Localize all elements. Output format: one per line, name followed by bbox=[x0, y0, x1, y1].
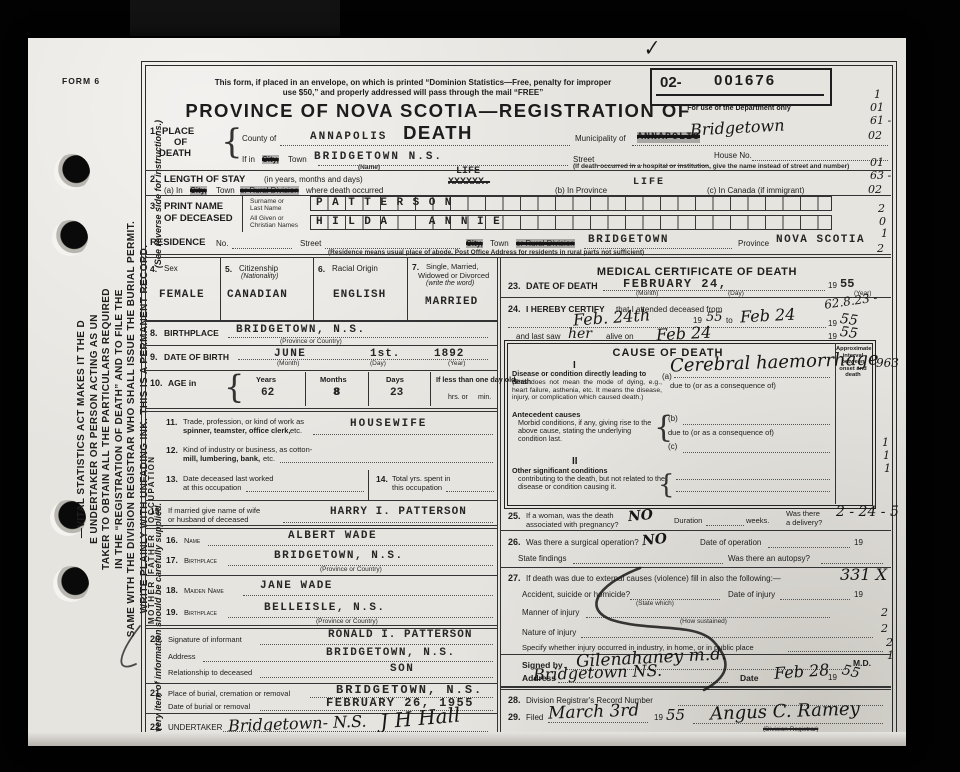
nature-label: Nature of injury bbox=[522, 628, 576, 637]
citizenship-sublabel: (Nationality) bbox=[241, 273, 278, 280]
item1-label-2: OF bbox=[174, 137, 187, 148]
town-prefix: If in bbox=[242, 155, 255, 164]
stay-town-label: Town bbox=[216, 186, 235, 195]
other-brace: { bbox=[658, 470, 675, 500]
occ11-line2: spinner, teamster, office clerk, bbox=[183, 426, 291, 435]
age-months-label: Months bbox=[320, 375, 347, 384]
father-birthplace-value: BRIDGETOWN, N.S. bbox=[274, 550, 404, 562]
cause-due2: due to (or as a consequence of) bbox=[668, 428, 774, 437]
rule bbox=[145, 528, 497, 529]
death-year-value: 55 bbox=[840, 277, 854, 291]
margin-note: 63 - bbox=[870, 169, 891, 182]
rule bbox=[145, 625, 497, 626]
informant-relationship-label: Relationship to deceased bbox=[168, 668, 252, 677]
burial-place-label: Place of burial, cremation or removal bbox=[168, 689, 290, 698]
cause-a-line bbox=[674, 376, 830, 378]
hospital-note: (If death occurred in a hospital or inst… bbox=[573, 163, 903, 170]
margin-note: 2 bbox=[881, 606, 888, 619]
rule bbox=[407, 258, 408, 320]
spouse-line2: or husband of deceased bbox=[168, 515, 248, 524]
residence-town-value: BRIDGETOWN bbox=[588, 234, 669, 246]
item23-number: 23. bbox=[508, 281, 521, 291]
town-value: BRIDGETOWN N.S. bbox=[314, 151, 443, 163]
father-name-line bbox=[208, 544, 493, 546]
birthplace-entry-line bbox=[228, 336, 488, 338]
stay-a-rest: where death occurred bbox=[306, 186, 383, 195]
pregnancy-line1: If a woman, was the death bbox=[526, 511, 614, 520]
operation-19: 19 bbox=[854, 538, 863, 547]
residence-rural-struck: or Rural Division bbox=[516, 239, 575, 248]
item28-number: 28. bbox=[508, 695, 521, 705]
sex-value: FEMALE bbox=[159, 289, 205, 301]
operation-answer-hw: NO bbox=[641, 531, 668, 550]
stay-b-label: (b) In Province bbox=[555, 186, 607, 195]
injury-19: 19 bbox=[854, 590, 863, 599]
item3-number: 3. bbox=[150, 201, 158, 211]
surname-value: PATTERSON bbox=[316, 197, 461, 209]
stay-a-value: LIFE bbox=[456, 166, 480, 177]
operation-label: Was there a surgical operation? bbox=[526, 538, 639, 547]
given-sublabel-2: Christian Names bbox=[250, 222, 298, 229]
county-value: ANNAPOLIS bbox=[310, 131, 387, 143]
morbid-note: Morbid conditions, if any, giving rise t… bbox=[518, 419, 660, 444]
rule bbox=[501, 689, 891, 690]
item9-number: 9. bbox=[150, 352, 158, 362]
delivery-answer-hw: 2 - 24 - 5 bbox=[836, 504, 899, 520]
item24-number: 24. bbox=[508, 304, 521, 314]
father-birthplace-note: (Province or Country) bbox=[320, 566, 382, 573]
margin-note: 2 bbox=[886, 636, 893, 649]
cause-b-label: (b) bbox=[668, 414, 678, 423]
rule bbox=[368, 372, 369, 406]
town-entry-line bbox=[318, 164, 568, 166]
other-line2 bbox=[676, 490, 830, 492]
death-certificate-paper: FORM 6 —VITAL STATISTICS ACT MAKES IT TH… bbox=[28, 38, 906, 746]
informant-address-value: BRIDGETOWN, N.S. bbox=[326, 647, 456, 659]
last-saw-year-hw: 55 bbox=[839, 324, 859, 342]
occ14-entry-line bbox=[446, 490, 494, 492]
mother-name-label: Maiden Name bbox=[184, 586, 224, 595]
item13-number: 13. bbox=[166, 474, 178, 484]
margin-note: 01 bbox=[870, 156, 884, 169]
age-years-value: 62 bbox=[261, 387, 274, 399]
item17-number: 17. bbox=[166, 555, 178, 565]
signed-date-hw: Feb 28 bbox=[773, 660, 830, 683]
operation-date-label: Date of operation bbox=[700, 538, 761, 547]
rule bbox=[430, 372, 431, 406]
surname-letter-grid: PATTERSON bbox=[310, 196, 832, 211]
how-sustained-note: (How sustained) bbox=[680, 618, 727, 625]
stay-c-label: (c) In Canada (if immigrant) bbox=[707, 186, 804, 195]
nature-line bbox=[581, 636, 873, 638]
birth-month-note: (Month) bbox=[277, 360, 299, 367]
occ12-line2: mill, lumbering, bank, bbox=[183, 454, 260, 463]
sidebar-line: —VITAL STATISTICS ACT MAKES IT THE D bbox=[76, 120, 89, 738]
item3-label-2: OF DECEASED bbox=[164, 213, 233, 224]
margin-note: 1 bbox=[887, 649, 894, 662]
weeks-label: weeks. bbox=[746, 516, 769, 525]
rule bbox=[313, 258, 314, 320]
item14-number: 14. bbox=[376, 474, 388, 484]
residence-province-value: NOVA SCOTIA bbox=[776, 234, 865, 246]
other-conditions-note: contributing to the death, but not relat… bbox=[518, 475, 666, 491]
cause-lead-note: (This does not mean the mode of dying, e… bbox=[512, 379, 662, 402]
item2-paren: (in years, months and days) bbox=[264, 175, 363, 184]
margin-note: 01 bbox=[870, 101, 884, 114]
margin-note: 1 bbox=[881, 227, 888, 240]
margin-note: 1 bbox=[883, 449, 890, 462]
rule bbox=[145, 345, 497, 346]
spouse-value: HARRY I. PATTERSON bbox=[330, 506, 467, 518]
birthplace-note: (Province or Country) bbox=[280, 338, 342, 345]
age-brace: { bbox=[224, 368, 244, 406]
dept-use-note: For use of the Department only bbox=[650, 105, 828, 112]
spouse-line1: If married give name of wife bbox=[168, 506, 260, 515]
mother-name-value: JANE WADE bbox=[260, 580, 333, 592]
item18-number: 18. bbox=[166, 585, 178, 595]
residence-no-label: No. bbox=[216, 239, 228, 248]
city-struck: City, bbox=[262, 155, 279, 164]
item1-label-1: PLACE bbox=[162, 126, 194, 137]
margin-note: 2 bbox=[878, 202, 885, 215]
marital-label-2: Widowed or Divorced bbox=[418, 271, 489, 280]
attended-to-handwritten: Feb 24 bbox=[740, 305, 796, 327]
county-entry-line bbox=[280, 144, 570, 146]
rule bbox=[145, 411, 497, 412]
residence-city-struck: City, bbox=[466, 239, 483, 248]
racial-origin-label: Racial Origin bbox=[332, 264, 378, 273]
informant-entry-line bbox=[260, 643, 493, 645]
informant-address-label: Address bbox=[168, 652, 196, 661]
item29-number: 29. bbox=[508, 712, 521, 722]
margin-note: 2 bbox=[881, 622, 888, 635]
occ12-line1: Kind of industry or business, as cotton- bbox=[183, 445, 312, 454]
age-years-label: Years bbox=[256, 375, 276, 384]
item1-brace: { bbox=[221, 122, 243, 162]
father-birthplace-label: Birthplace bbox=[184, 556, 217, 565]
rule bbox=[242, 195, 243, 232]
delivery-label-2: a delivery? bbox=[786, 518, 822, 527]
father-name-label: Name bbox=[184, 536, 200, 545]
autopsy-line bbox=[821, 562, 883, 564]
item20-number: 20. bbox=[150, 634, 163, 644]
marital-sublabel: (write the word) bbox=[426, 280, 474, 287]
state-which-note: (State which) bbox=[636, 600, 674, 607]
item25-number: 25. bbox=[508, 511, 521, 521]
item11-number: 11. bbox=[166, 417, 177, 427]
mother-birthplace-note: (Province or Country) bbox=[316, 618, 378, 625]
margin-note: 1 bbox=[882, 436, 889, 449]
serial-number-box: 02- 001676 bbox=[650, 68, 832, 106]
occ14-line2: this occupation bbox=[392, 483, 442, 492]
burial-place-value: BRIDGETOWN, N.S. bbox=[336, 683, 483, 697]
rule bbox=[305, 372, 306, 406]
margin-note: 2 bbox=[877, 242, 884, 255]
burial-date-label: Date of burial or removal bbox=[168, 702, 250, 711]
findings-label: State findings bbox=[518, 554, 566, 563]
scanned-photo-background: FORM 6 —VITAL STATISTICS ACT MAKES IT TH… bbox=[0, 0, 960, 772]
rule bbox=[368, 470, 369, 500]
item2-label: LENGTH OF STAY bbox=[164, 174, 245, 185]
margin-note: 61 - bbox=[870, 114, 891, 127]
birth-day-note: (Day) bbox=[370, 360, 386, 367]
item21-number: 21. bbox=[150, 688, 163, 698]
alive-on-date-hw: Feb 24 bbox=[656, 323, 712, 345]
attended-to-label: to bbox=[726, 316, 733, 325]
checkmark-annotation: ✓ bbox=[640, 38, 661, 61]
duration-line bbox=[706, 524, 744, 526]
spouse-entry-line bbox=[283, 521, 493, 523]
municipality-entry-line bbox=[632, 144, 888, 146]
pregnancy-answer-hw: NO bbox=[627, 507, 653, 525]
age-days-label: Days bbox=[386, 375, 404, 384]
autopsy-label: Was there an autopsy? bbox=[728, 554, 810, 563]
margin-note: 963 bbox=[876, 356, 899, 370]
item22-number: 22. bbox=[150, 722, 163, 732]
item8-number: 8. bbox=[150, 328, 158, 338]
signed-address-line bbox=[558, 681, 728, 683]
rule bbox=[501, 567, 891, 568]
rule bbox=[145, 525, 497, 526]
form-number-label: FORM 6 bbox=[62, 76, 100, 86]
sidebar-line: IN THE “REGISTRATION OF DEATH” AND TO FI… bbox=[114, 120, 127, 738]
surname-sublabel-2: Last Name bbox=[250, 205, 281, 212]
rule bbox=[501, 530, 891, 531]
mail-note-line1: This form, if placed in an envelope, on … bbox=[188, 78, 638, 87]
item1-label-3: DEATH bbox=[159, 148, 191, 159]
given-name-value: HILDA ANNIE bbox=[316, 216, 509, 228]
occ11-etc: etc. bbox=[290, 426, 302, 435]
serial-box-rule bbox=[656, 94, 824, 96]
residence-street-label: Street bbox=[300, 239, 321, 248]
town-label: Town bbox=[288, 155, 307, 164]
age-less-note: If less than one day old bbox=[436, 375, 515, 384]
mother-birthplace-value: BELLEISLE, N.S. bbox=[264, 602, 386, 614]
age-days-value: 23 bbox=[390, 387, 403, 399]
death-month-note: (Month) bbox=[636, 290, 658, 297]
sidebar-line: SAME WITH THE DIVISION REGISTRAR WHO SHA… bbox=[126, 120, 139, 738]
registrar-signature-line bbox=[693, 722, 883, 724]
rule bbox=[145, 320, 497, 322]
last-saw-line bbox=[640, 339, 826, 341]
rule bbox=[145, 370, 497, 371]
mail-note-line2: use $50,” and properly addressed will pa… bbox=[188, 88, 638, 97]
residence-label: RESIDENCE bbox=[150, 237, 205, 248]
margin-note: 1 bbox=[884, 462, 891, 475]
birthplace-value: BRIDGETOWN, N.S. bbox=[236, 324, 366, 336]
informant-relationship-value: SON bbox=[390, 663, 414, 675]
rule bbox=[145, 170, 891, 171]
age-label: AGE in bbox=[168, 378, 196, 388]
marital-value: MARRIED bbox=[425, 296, 478, 308]
cause-c-label: (c) bbox=[668, 442, 677, 451]
death-date-label: DATE OF DEATH bbox=[526, 281, 598, 291]
residence-no-line bbox=[232, 247, 292, 249]
injury-date-label: Date of injury bbox=[728, 590, 775, 599]
item27-number: 27. bbox=[508, 573, 521, 583]
stay-city-struck: City, bbox=[190, 186, 207, 195]
cause-c-line bbox=[683, 451, 830, 453]
age-months-value: 8 bbox=[333, 387, 340, 399]
marital-label-1: Single, Married, bbox=[426, 262, 479, 271]
delivery-label-1: Was there bbox=[786, 509, 820, 518]
birthplace-label: BIRTHPLACE bbox=[164, 328, 219, 338]
item16-number: 16. bbox=[166, 535, 178, 545]
mother-side-label: MOTHER bbox=[147, 580, 156, 624]
margin-note: 02 bbox=[868, 129, 882, 142]
other-line1 bbox=[676, 478, 830, 480]
serial-prefix: 02- bbox=[660, 74, 682, 91]
rule bbox=[145, 254, 891, 255]
age-hrs-label: hrs. or bbox=[448, 394, 468, 401]
serial-number: 001676 bbox=[714, 72, 776, 89]
occ13-line2: at this occupation bbox=[183, 483, 241, 492]
age-min-label: min. bbox=[478, 394, 491, 401]
municipality-label: Municipality of bbox=[575, 134, 626, 143]
informant-relationship-line bbox=[260, 676, 493, 678]
injury-date-line bbox=[780, 598, 850, 600]
item12-number: 12. bbox=[166, 445, 178, 455]
item15-number: 15. bbox=[150, 506, 162, 516]
filed-19: 19 bbox=[654, 713, 663, 722]
operation-date-line bbox=[768, 546, 850, 548]
alive-on-label: alive on bbox=[606, 332, 634, 341]
occ12-entry-line bbox=[280, 461, 493, 463]
house-no-label: House No. bbox=[714, 151, 752, 160]
rule bbox=[145, 408, 497, 409]
item5-number: 5. bbox=[225, 264, 232, 274]
surname-sublabel-1: Surname or bbox=[250, 198, 284, 205]
item2-number: 2. bbox=[150, 174, 158, 184]
item1-number: 1. bbox=[150, 126, 158, 136]
mother-birthplace-label: Birthplace bbox=[184, 608, 217, 617]
duration-label: Duration bbox=[674, 516, 702, 525]
given-sublabel-1: All Given or bbox=[250, 215, 284, 222]
specify-line bbox=[788, 650, 883, 652]
column-divider bbox=[500, 257, 501, 741]
citizenship-value: CANADIAN bbox=[227, 289, 288, 301]
margin-code-331: 331 X bbox=[840, 565, 887, 584]
column-divider bbox=[497, 257, 498, 741]
occ11-entry-line bbox=[313, 433, 493, 435]
sidebar-line: E UNDERTAKER OR PERSON ACTING AS UN bbox=[89, 120, 102, 738]
racial-origin-value: ENGLISH bbox=[333, 289, 386, 301]
paper-edge-shadow bbox=[28, 732, 906, 746]
stay-a-label: (a) In bbox=[164, 186, 183, 195]
filed-label: Filed bbox=[526, 713, 543, 722]
citizenship-label: Citizenship bbox=[239, 264, 278, 273]
last-saw-19: 19 bbox=[828, 332, 837, 341]
cause-due1: due to (or as a consequence of) bbox=[670, 381, 776, 390]
last-saw-her-hw: her bbox=[568, 326, 592, 342]
death-year-19: 19 bbox=[828, 281, 837, 290]
item4-number: 4. bbox=[150, 264, 157, 274]
manner-label: Manner of injury bbox=[522, 608, 579, 617]
rule bbox=[145, 257, 891, 258]
signed-19: 19 bbox=[828, 673, 837, 682]
item19-number: 19. bbox=[166, 607, 178, 617]
occ12-etc: etc. bbox=[263, 454, 275, 463]
informant-address-line bbox=[203, 660, 493, 662]
rule bbox=[220, 258, 221, 320]
county-label: County of bbox=[242, 134, 276, 143]
residence-town-label: Town bbox=[490, 239, 509, 248]
margin-note: 02 bbox=[868, 183, 882, 196]
item10-number: 10. bbox=[150, 378, 163, 388]
undertaker-label: UNDERTAKER bbox=[168, 723, 222, 732]
birthdate-entry-line bbox=[238, 358, 488, 360]
stay-rural-struck: or Rural Division bbox=[240, 186, 299, 195]
item26-number: 26. bbox=[508, 537, 521, 547]
house-no-entry-line bbox=[752, 159, 888, 161]
sidebar-line: TAKER TO OBTAIN ALL THE PARTICULARS REQU… bbox=[101, 120, 114, 738]
certify-line2-19: 19 bbox=[828, 319, 837, 328]
rule bbox=[501, 686, 891, 688]
mother-name-line bbox=[243, 594, 493, 596]
cause-b-line bbox=[683, 423, 830, 425]
findings-line bbox=[573, 562, 723, 564]
rule bbox=[145, 575, 497, 576]
occupation-value: HOUSEWIFE bbox=[350, 418, 427, 430]
filed-line bbox=[548, 721, 648, 723]
birthdate-label: DATE OF BIRTH bbox=[164, 352, 229, 362]
item6-number: 6. bbox=[318, 264, 325, 274]
informant-label: Signature of informant bbox=[168, 635, 242, 644]
occ13-line1: Date deceased last worked bbox=[183, 474, 273, 483]
pregnancy-line2: associated with pregnancy? bbox=[526, 520, 619, 529]
film-edge-shade bbox=[130, 0, 340, 36]
item3-label-1: PRINT NAME bbox=[164, 201, 223, 212]
occ11-line1: Trade, profession, or kind of work as bbox=[183, 417, 304, 426]
rule bbox=[145, 500, 497, 501]
filed-year-hw: 55 bbox=[666, 706, 685, 724]
last-saw-label: and last saw bbox=[516, 332, 560, 341]
informant-value: RONALD I. PATTERSON bbox=[328, 629, 472, 641]
external-causes-label: If death was due to external causes (vio… bbox=[526, 574, 846, 583]
given-name-letter-grid: HILDA ANNIE bbox=[310, 215, 832, 230]
death-day-note: (Day) bbox=[728, 290, 744, 297]
father-side-label: FATHER bbox=[147, 532, 156, 574]
sex-label: Sex bbox=[164, 264, 178, 273]
occ13-entry-line bbox=[246, 490, 364, 492]
accident-label: Accident, suicide or homicide? bbox=[522, 590, 630, 599]
stay-a-struck-value: XXXXXX. bbox=[448, 177, 490, 188]
signed-date-label: Date bbox=[740, 673, 758, 683]
occ14-line1: Total yrs. spent in bbox=[392, 474, 450, 483]
stay-b-value: LIFE bbox=[633, 177, 665, 188]
margin-note: 1 bbox=[874, 88, 881, 101]
birth-year-note: (Year) bbox=[448, 360, 465, 367]
residence-province-label: Province bbox=[738, 239, 769, 248]
father-name-value: ALBERT WADE bbox=[288, 530, 377, 542]
